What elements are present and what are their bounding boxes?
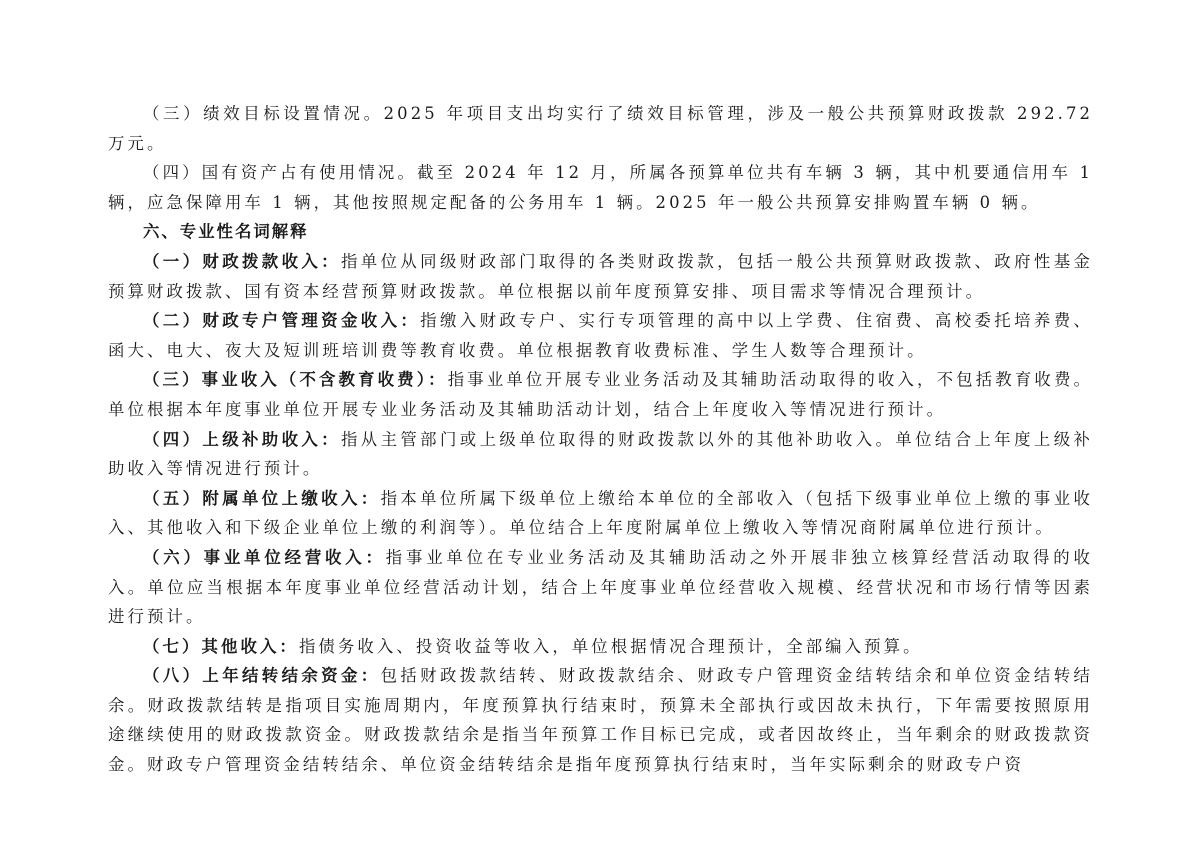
definition-term: （八）上年结转结余资金：: [143, 666, 381, 685]
definition-item: （一）财政拨款收入：指单位从同级财政部门取得的各类财政拨款，包括一般公共预算财政…: [108, 247, 1093, 306]
definition-item: （六）事业单位经营收入：指事业单位在专业业务活动及其辅助活动之外开展非独立核算经…: [108, 543, 1093, 632]
definition-item: （五）附属单位上缴收入：指本单位所属下级单位上缴给本单位的全部收入（包括下级事业…: [108, 484, 1093, 543]
paragraph-state-assets: （四）国有资产占有使用情况。截至 2024 年 12 月，所属各预算单位共有车辆…: [108, 158, 1093, 217]
definition-item: （八）上年结转结余资金：包括财政拨款结转、财政拨款结余、财政专户管理资金结转结余…: [108, 661, 1093, 779]
definition-term: （三）事业收入（不含教育收费）：: [143, 370, 448, 389]
definition-term: （四）上级补助收入：: [143, 430, 341, 449]
definition-term: （六）事业单位经营收入：: [143, 548, 386, 567]
definition-text: 指债务收入、投资收益等收入，单位根据情况合理预计，全部编入预算。: [299, 637, 923, 656]
definition-term: （七）其他收入：: [143, 637, 299, 656]
definition-item: （四）上级补助收入：指从主管部门或上级单位取得的财政拨款以外的其他补助收入。单位…: [108, 425, 1093, 484]
paragraph-performance-targets: （三）绩效目标设置情况。2025 年项目支出均实行了绩效目标管理，涉及一般公共预…: [108, 99, 1093, 158]
document-page: （三）绩效目标设置情况。2025 年项目支出均实行了绩效目标管理，涉及一般公共预…: [108, 99, 1093, 780]
definition-item: （七）其他收入：指债务收入、投资收益等收入，单位根据情况合理预计，全部编入预算。: [108, 632, 1093, 662]
definition-term: （五）附属单位上缴收入：: [143, 489, 381, 508]
definition-term: （二）财政专户管理资金收入：: [143, 311, 420, 330]
paragraph-lead: （三）绩效目标设置情况。: [143, 104, 384, 123]
definition-item: （二）财政专户管理资金收入：指缴入财政专户、实行专项管理的高中以上学费、住宿费、…: [108, 306, 1093, 365]
definition-item: （三）事业收入（不含教育收费）：指事业单位开展专业业务活动及其辅助活动取得的收入…: [108, 365, 1093, 424]
section-heading: 六、专业性名词解释: [108, 217, 1093, 247]
paragraph-lead: （四）国有资产占有使用情况。: [143, 163, 417, 182]
definition-term: （一）财政拨款收入：: [143, 252, 341, 271]
